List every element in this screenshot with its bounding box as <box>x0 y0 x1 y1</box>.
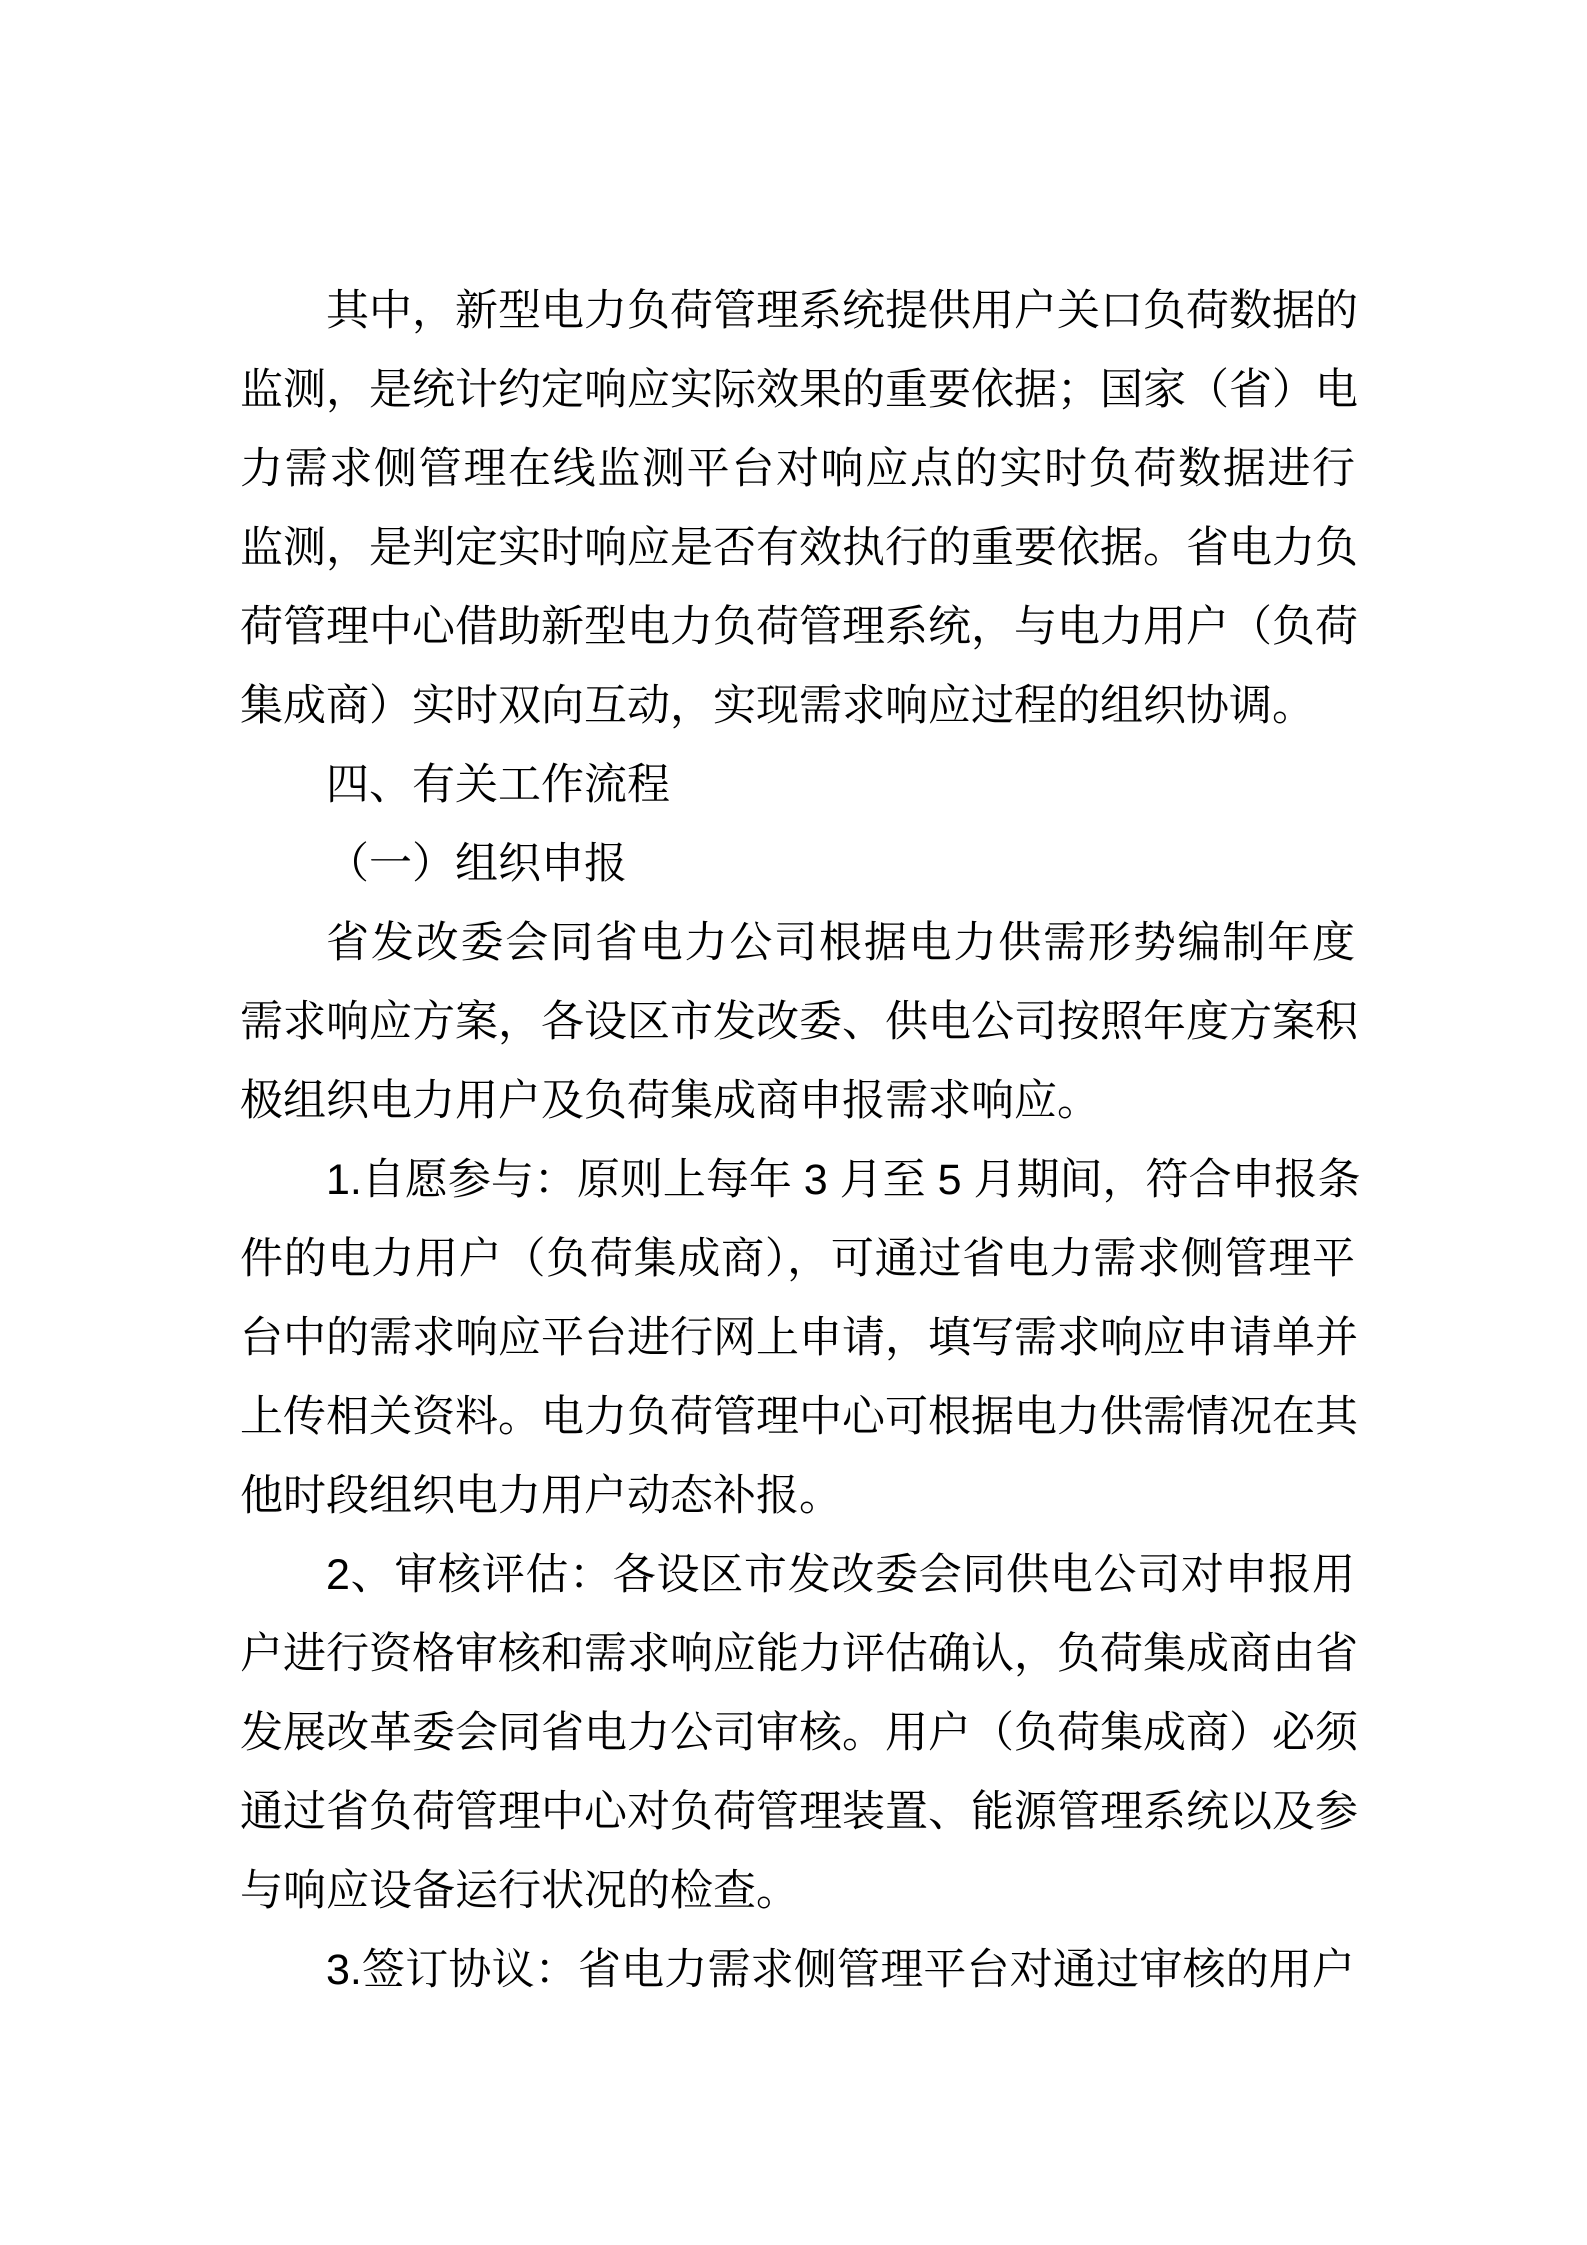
text-line: 户进行资格审核和需求响应能力评估确认，负荷集成商由省 <box>240 1615 1355 1694</box>
section-heading-work-process: 四、有关工作流程 <box>240 746 1355 825</box>
text-line: 台中的需求响应平台进行网上申请，填写需求响应申请单并 <box>240 1299 1355 1378</box>
text-line: 与响应设备运行状况的检查。 <box>240 1852 1355 1931</box>
text-line: 3.签订协议：省电力需求侧管理平台对通过审核的用户 <box>240 1931 1355 2010</box>
sub-heading-organize-application: （一）组织申报 <box>240 825 1355 904</box>
text-line: 极组织电力用户及负荷集成商申报需求响应。 <box>240 1062 1355 1141</box>
text-line: 集成商）实时双向互动，实现需求响应过程的组织协调。 <box>240 667 1355 746</box>
text-line: 力需求侧管理在线监测平台对响应点的实时负荷数据进行 <box>240 430 1355 509</box>
document-page: { "page": { "background_color": "#ffffff… <box>0 0 1587 2245</box>
page-background: 其中，新型电力负荷管理系统提供用户关口负荷数据的 监测，是统计约定响应实际效果的… <box>0 0 1587 2245</box>
section-heading-text: 四、有关工作流程 <box>240 746 1355 825</box>
text-line: 上传相关资料。电力负荷管理中心可根据电力供需情况在其 <box>240 1378 1355 1457</box>
text-line: 荷管理中心借助新型电力负荷管理系统，与电力用户（负荷 <box>240 588 1355 667</box>
text-line: 2、审核评估：各设区市发改委会同供电公司对申报用 <box>240 1536 1355 1615</box>
document-text-block: 其中，新型电力负荷管理系统提供用户关口负荷数据的 监测，是统计约定响应实际效果的… <box>240 272 1355 2010</box>
text-line: 件的电力用户（负荷集成商），可通过省电力需求侧管理平 <box>240 1220 1355 1299</box>
paragraph-item-2-review-evaluation: 2、审核评估：各设区市发改委会同供电公司对申报用 户进行资格审核和需求响应能力评… <box>240 1536 1355 1931</box>
text-line: 需求响应方案，各设区市发改委、供电公司按照年度方案积 <box>240 983 1355 1062</box>
text-line: 其中，新型电力负荷管理系统提供用户关口负荷数据的 <box>240 272 1355 351</box>
paragraph-item-3-sign-agreement: 3.签订协议：省电力需求侧管理平台对通过审核的用户 <box>240 1931 1355 2010</box>
text-line: 省发改委会同省电力公司根据电力供需形势编制年度 <box>240 904 1355 983</box>
paragraph-monitoring-intro: 其中，新型电力负荷管理系统提供用户关口负荷数据的 监测，是统计约定响应实际效果的… <box>240 272 1355 746</box>
text-line: 通过省负荷管理中心对负荷管理装置、能源管理系统以及参 <box>240 1773 1355 1852</box>
text-line: 监测，是判定实时响应是否有效执行的重要依据。省电力负 <box>240 509 1355 588</box>
paragraph-annual-plan: 省发改委会同省电力公司根据电力供需形势编制年度 需求响应方案，各设区市发改委、供… <box>240 904 1355 1141</box>
text-line: 监测，是统计约定响应实际效果的重要依据；国家（省）电 <box>240 351 1355 430</box>
text-line: 发展改革委会同省电力公司审核。用户（负荷集成商）必须 <box>240 1694 1355 1773</box>
text-line: 他时段组织电力用户动态补报。 <box>240 1457 1355 1536</box>
paragraph-item-1-voluntary-participation: 1.自愿参与：原则上每年 3 月至 5 月期间，符合申报条 件的电力用户（负荷集… <box>240 1141 1355 1536</box>
sub-heading-text: （一）组织申报 <box>240 825 1355 904</box>
text-line: 1.自愿参与：原则上每年 3 月至 5 月期间，符合申报条 <box>240 1141 1355 1220</box>
